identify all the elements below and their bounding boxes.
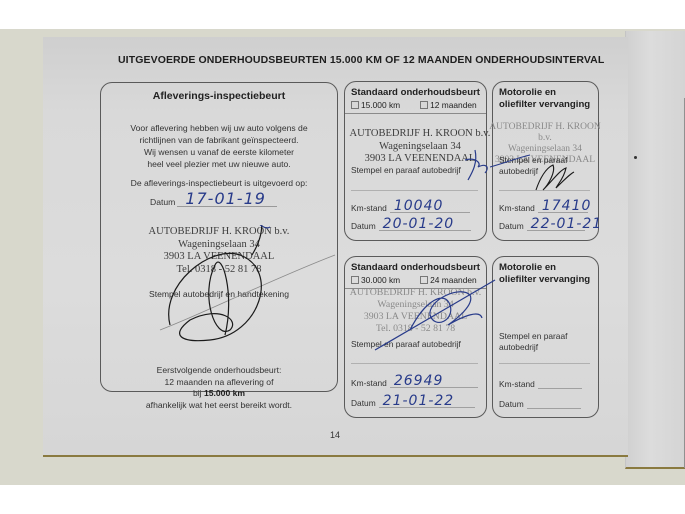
delivery-inspection-title: Afleverings-inspectiebeurt xyxy=(101,90,337,102)
intro-line: heel veel plezier met uw nieuwe auto. xyxy=(101,158,337,170)
checkbox-months[interactable] xyxy=(420,276,428,284)
stamp-signature-label: Stempel autobedrijf en handtekening xyxy=(101,289,337,299)
km-prefix: bij xyxy=(193,388,204,398)
delivery-intro: Voor aflevering hebben wij uw auto volge… xyxy=(101,122,337,170)
stamp-company: AUTOBEDRIJF H. KROON b.v. xyxy=(345,128,495,141)
next-service-km: 15.000 km xyxy=(204,388,245,398)
dealer-stamp: AUTOBEDRIJF H. KROON b.v. Wageningselaan… xyxy=(101,226,337,276)
date-field[interactable] xyxy=(527,398,581,409)
check-months-label: 12 maanden xyxy=(430,100,477,110)
stamp-street: Wageningselaan 34 xyxy=(345,141,495,154)
date-field[interactable]: 17-01-19 xyxy=(177,196,277,207)
km-field[interactable]: 26949 xyxy=(390,377,478,388)
checkbox-months[interactable] xyxy=(420,101,428,109)
standard-service-1-box: Standaard onderhoudsbeurt 15.000 km12 ma… xyxy=(344,81,487,241)
next-service-line: afhankelijk wat het eerst bereikt wordt. xyxy=(101,400,337,412)
intro-line: Wij wensen u vanaf de eerste kilometer xyxy=(101,146,337,158)
signature-line xyxy=(499,190,590,191)
km-handwritten: 26949 xyxy=(394,373,444,389)
check-km-label: 30.000 km xyxy=(361,275,400,285)
service-title: Standaard onderhoudsbeurt xyxy=(351,87,486,98)
signature-line xyxy=(351,190,478,191)
stamp-company: AUTOBEDRIJF H. KROON b.v. xyxy=(101,226,337,239)
date-handwritten: 22-01-21 xyxy=(531,216,603,232)
km-label: Km-stand xyxy=(351,378,387,388)
stamp-street: Wageningselaan 34 xyxy=(485,144,605,155)
paper-mark xyxy=(634,156,637,159)
oil-title-line: Motorolie en xyxy=(499,262,598,274)
date-field[interactable]: 21-01-22 xyxy=(379,397,475,408)
km-handwritten: 10040 xyxy=(394,198,444,214)
date-label: Datum xyxy=(499,221,524,231)
km-row: Km-stand17410 xyxy=(499,202,588,213)
km-handwritten: 17410 xyxy=(542,198,592,214)
stamp-company: AUTOBEDRIJF H. KROON b.v. xyxy=(345,287,486,299)
oil-title-line: oliefilter vervanging xyxy=(499,274,598,286)
km-field[interactable]: 17410 xyxy=(538,202,588,213)
stamp-company: AUTOBEDRIJF H. KROON b.v. xyxy=(485,122,605,144)
stamp-city: 3903 LA VEENENDAAL xyxy=(345,153,495,166)
km-row: Km-stand xyxy=(499,378,582,389)
page-number: 14 xyxy=(330,430,340,440)
intro-line: Voor aflevering hebben wij uw auto volge… xyxy=(101,122,337,134)
delivery-date-row: Datum17-01-19 xyxy=(150,196,277,207)
km-field[interactable]: 10040 xyxy=(390,202,470,213)
date-field[interactable]: 20-01-20 xyxy=(379,220,471,231)
stamp-city: 3903 LA VEENENDAAL xyxy=(101,251,337,264)
service-title: Standaard onderhoudsbeurt xyxy=(351,262,486,273)
check-months-label: 24 maanden xyxy=(430,275,477,285)
divider xyxy=(345,113,486,114)
date-label: Datum xyxy=(499,399,524,409)
stamp-city: 3903 LA VEENENDAAL xyxy=(345,311,486,323)
delivery-inspection-box: Afleverings-inspectiebeurt Voor afleveri… xyxy=(100,82,338,392)
next-service-info: Eerstvolgende onderhoudsbeurt: 12 maande… xyxy=(101,365,337,411)
dealer-stamp: AUTOBEDRIJF H. KROON b.v. Wageningselaan… xyxy=(345,128,495,166)
date-label: Datum xyxy=(351,398,376,408)
oil-title-line: Motorolie en xyxy=(499,87,598,99)
date-label: Datum xyxy=(351,221,376,231)
stamp-label: Stempel en paraaf autobedrijf xyxy=(351,165,461,176)
stamp-label: Stempel en paraaf autobedrijf xyxy=(351,339,461,350)
stamp-phone: Tel. 0318 - 52 81 78 xyxy=(345,323,486,335)
checkbox-km[interactable] xyxy=(351,276,359,284)
oil-change-1-box: Motorolie en oliefilter vervanging AUTOB… xyxy=(492,81,599,241)
date-field[interactable]: 22-01-21 xyxy=(527,220,585,231)
oil-title-line: oliefilter vervanging xyxy=(499,99,598,111)
km-row: Km-stand26949 xyxy=(351,377,478,388)
stamp-phone: Tel. 0318 - 52 81 78 xyxy=(101,264,337,277)
facing-page xyxy=(625,31,685,469)
stamp-label: Stempel en paraaf autobedrijf xyxy=(499,155,567,177)
performed-on-label: De afleverings-inspectiebeurt is uitgevo… xyxy=(101,178,337,188)
service-interval-checks: 15.000 km12 maanden xyxy=(351,100,486,110)
dealer-stamp: AUTOBEDRIJF H. KROON b.v. Wageningselaan… xyxy=(345,287,486,335)
stamp-street: Wageningselaan 34 xyxy=(101,239,337,252)
signature-line xyxy=(499,363,590,364)
check-km-label: 15.000 km xyxy=(361,100,400,110)
service-interval-checks: 30.000 km24 maanden xyxy=(351,275,486,285)
date-handwritten: 21-01-22 xyxy=(383,393,455,409)
date-row: Datum xyxy=(499,398,581,409)
date-row: Datum21-01-22 xyxy=(351,397,475,408)
km-label: Km-stand xyxy=(499,203,535,213)
date-handwritten: 20-01-20 xyxy=(383,216,455,232)
stamp-label-line: Stempel en paraaf xyxy=(499,155,567,166)
stamp-label-line: Stempel en paraaf xyxy=(499,331,567,342)
oil-title: Motorolie en oliefilter vervanging xyxy=(499,87,598,111)
oil-title: Motorolie en oliefilter vervanging xyxy=(499,262,598,286)
date-label: Datum xyxy=(150,197,175,207)
next-service-line: Eerstvolgende onderhoudsbeurt: xyxy=(101,365,337,377)
date-handwritten: 17-01-19 xyxy=(185,189,266,208)
standard-service-2-box: Standaard onderhoudsbeurt 30.000 km24 ma… xyxy=(344,256,487,418)
stamp-street: Wageningselaan 34 xyxy=(345,299,486,311)
intro-line: richtlijnen van de fabrikant geïnspectee… xyxy=(101,134,337,146)
next-service-line: 12 maanden na aflevering of xyxy=(101,377,337,389)
date-row: Datum20-01-20 xyxy=(351,220,471,231)
next-service-km-line: bij 15.000 km xyxy=(101,388,337,400)
stamp-label-line: autobedrijf xyxy=(499,166,567,177)
checkbox-km[interactable] xyxy=(351,101,359,109)
page-header: UITGEVOERDE ONDERHOUDSBEURTEN 15.000 KM … xyxy=(118,54,588,66)
oil-change-2-box: Motorolie en oliefilter vervanging Stemp… xyxy=(492,256,599,418)
km-row: Km-stand10040 xyxy=(351,202,470,213)
km-field[interactable] xyxy=(538,378,582,389)
stamp-label-line: autobedrijf xyxy=(499,342,567,353)
stamp-label: Stempel en paraaf autobedrijf xyxy=(499,331,567,353)
km-label: Km-stand xyxy=(499,379,535,389)
signature-line xyxy=(351,363,478,364)
date-row: Datum22-01-21 xyxy=(499,220,585,231)
km-label: Km-stand xyxy=(351,203,387,213)
